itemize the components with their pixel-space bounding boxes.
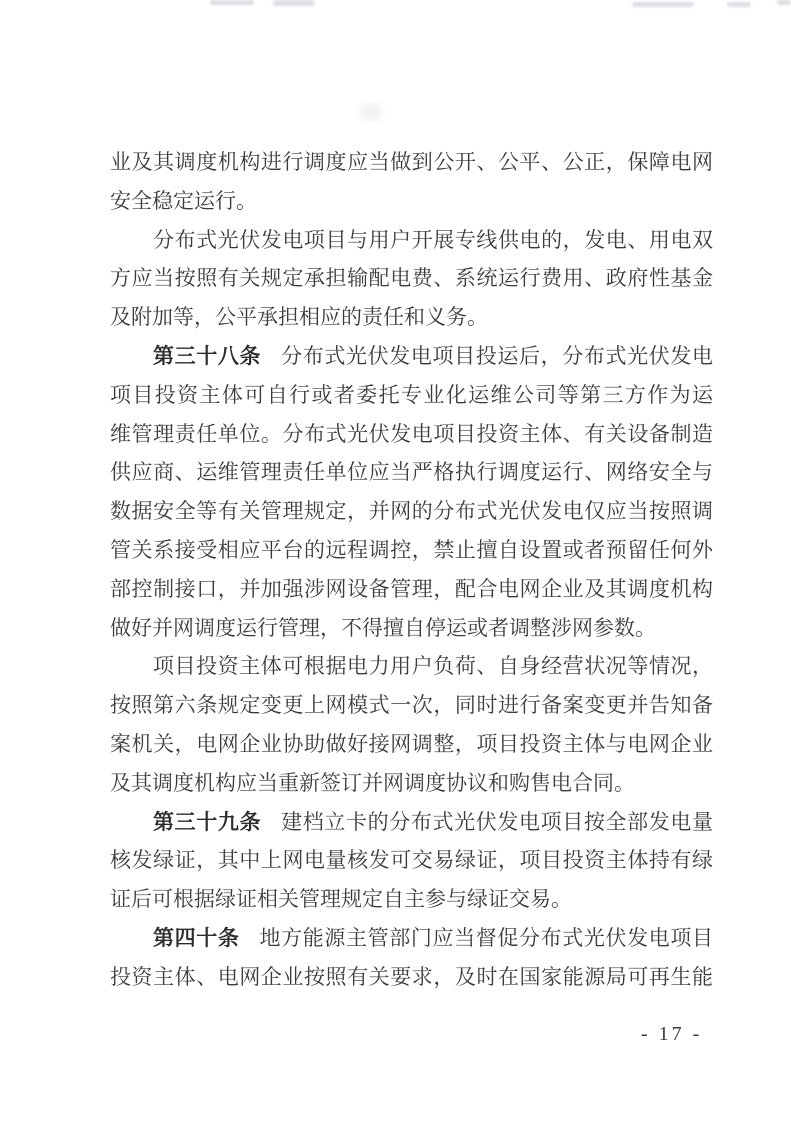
article-number: 第三十八条 bbox=[153, 345, 261, 368]
line-text: 建档立卡的分布式光伏发电项目按全部发电量 bbox=[281, 810, 713, 834]
text-line: 维管理责任单位。分布式光伏发电项目投资主体、有关设备制造 bbox=[110, 415, 713, 454]
text-line: 及附加等，公平承担相应的责任和义务。 bbox=[110, 298, 713, 337]
text-line: 核发绿证，其中上网电量核发可交易绿证，项目投资主体持有绿 bbox=[110, 841, 713, 880]
document-text-block: 业及其调度机构进行调度应当做到公开、公平、公正，保障电网 安全稳定运行。 分布式… bbox=[110, 143, 713, 997]
text-line: 做好并网调度运行管理，不得擅自停运或者调整涉网参数。 bbox=[110, 609, 713, 648]
page-number: - 17 - bbox=[641, 1021, 702, 1047]
text-line: 按照第六条规定变更上网模式一次，同时进行备案变更并告知备 bbox=[110, 686, 713, 725]
text-line: 分布式光伏发电项目与用户开展专线供电的，发电、用电双 bbox=[110, 221, 713, 260]
text-line: 业及其调度机构进行调度应当做到公开、公平、公正，保障电网 bbox=[110, 143, 713, 182]
article-number: 第四十条 bbox=[153, 927, 240, 950]
text-line: 安全稳定运行。 bbox=[110, 182, 713, 221]
article-number: 第三十九条 bbox=[153, 811, 261, 834]
text-line: 及其调度机构应当重新签订并网调度协议和购售电合同。 bbox=[110, 764, 713, 803]
scan-artifact bbox=[727, 2, 751, 7]
text-line: 第三十八条分布式光伏发电项目投运后，分布式光伏发电 bbox=[110, 337, 713, 376]
text-line: 部控制接口，并加强涉网设备管理，配合电网企业及其调度机构 bbox=[110, 570, 713, 609]
text-line: 案机关，电网企业协助做好接网调整，项目投资主体与电网企业 bbox=[110, 725, 713, 764]
text-line: 第四十条地方能源主管部门应当督促分布式光伏发电项目 bbox=[110, 919, 713, 958]
text-line: 证后可根据绿证相关管理规定自主参与绿证交易。 bbox=[110, 880, 713, 919]
document-page: 业及其调度机构进行调度应当做到公开、公平、公正，保障电网 安全稳定运行。 分布式… bbox=[0, 0, 791, 1128]
scan-artifact bbox=[210, 0, 254, 5]
scan-artifact bbox=[777, 0, 791, 5]
line-text: 地方能源主管部门应当督促分布式光伏发电项目 bbox=[260, 926, 714, 950]
line-text: 分布式光伏发电项目投运后，分布式光伏发电 bbox=[281, 344, 713, 368]
text-line: 方应当按照有关规定承担输配电费、系统运行费用、政府性基金 bbox=[110, 259, 713, 298]
scan-artifact bbox=[273, 0, 315, 6]
scan-artifact bbox=[632, 2, 694, 7]
text-line: 项目投资主体可根据电力用户负荷、自身经营状况等情况， bbox=[110, 647, 713, 686]
text-line: 管关系接受相应平台的远程调控，禁止擅自设置或者预留任何外 bbox=[110, 531, 713, 570]
text-line: 投资主体、电网企业按照有关要求，及时在国家能源局可再生能 bbox=[110, 958, 713, 997]
text-line: 项目投资主体可自行或者委托专业化运维公司等第三方作为运 bbox=[110, 376, 713, 415]
text-line: 供应商、运维管理责任单位应当严格执行调度运行、网络安全与 bbox=[110, 453, 713, 492]
text-line: 第三十九条建档立卡的分布式光伏发电项目按全部发电量 bbox=[110, 803, 713, 842]
scan-artifact bbox=[360, 103, 382, 121]
text-line: 数据安全等有关管理规定，并网的分布式光伏发电仅应当按照调 bbox=[110, 492, 713, 531]
